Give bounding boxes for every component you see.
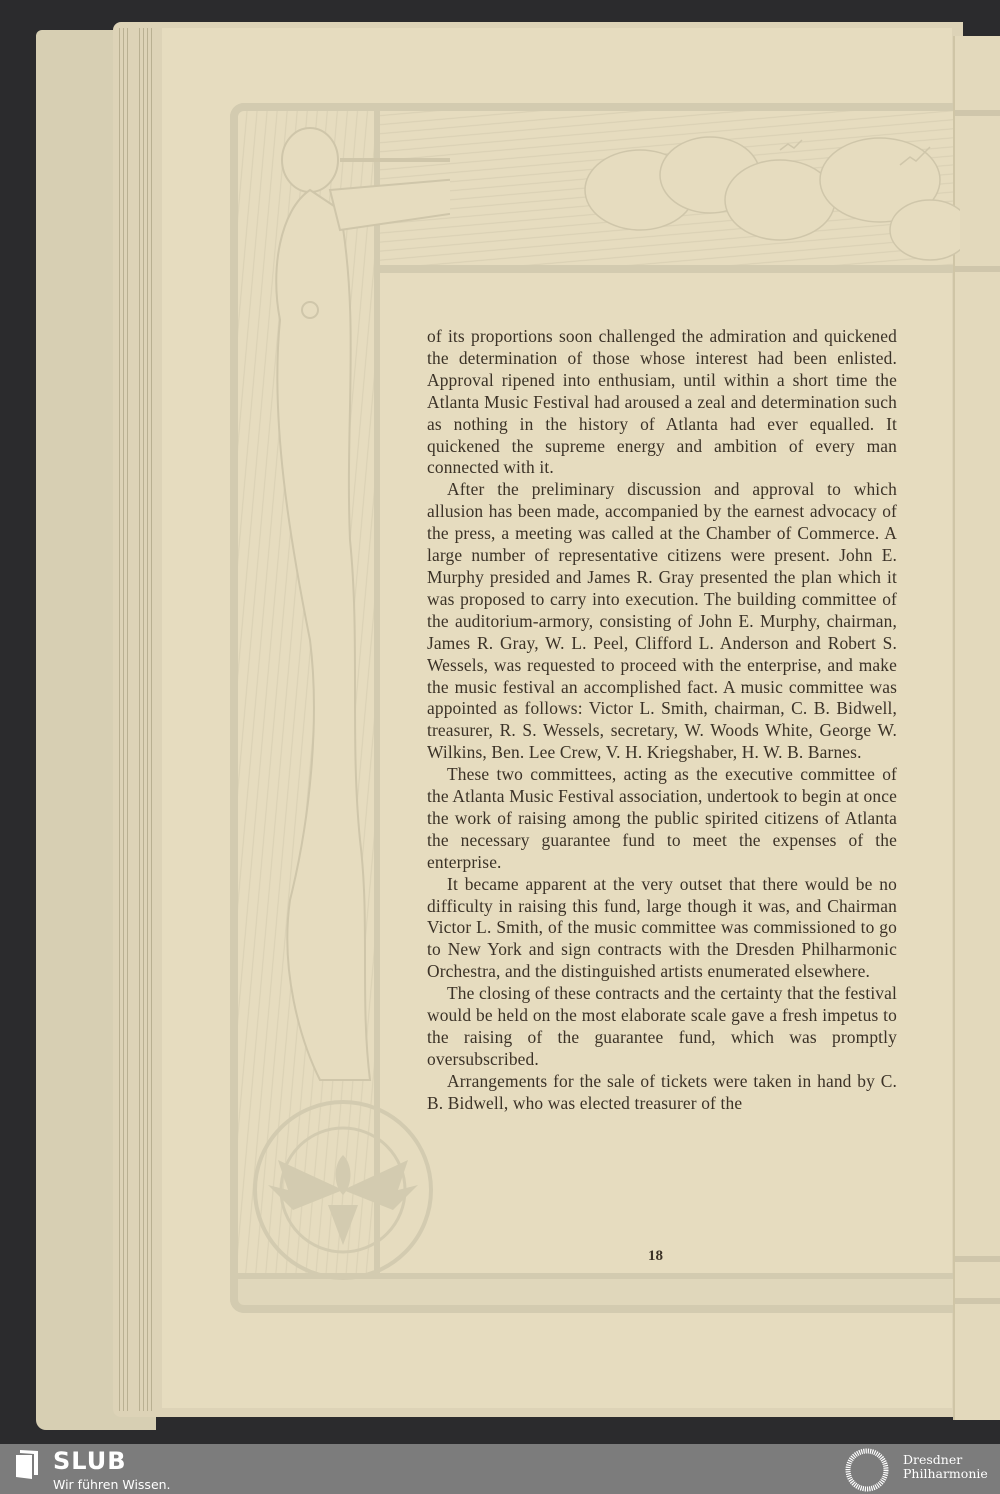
slub-logo[interactable]: SLUB: [53, 1447, 127, 1475]
logo-line-1: Dresdner: [903, 1453, 988, 1467]
footer-bar: SLUB Wir führen Wissen. Dresdner Philhar…: [0, 1444, 1000, 1494]
page-edge: [127, 28, 128, 1411]
body-text: of its proportions soon challenged the a…: [427, 326, 897, 1115]
paragraph: The closing of these contracts and the c…: [427, 983, 897, 1071]
dresdner-philharmonie-logo[interactable]: Dresdner Philharmonie: [903, 1453, 988, 1481]
slub-tagline: Wir führen Wissen.: [53, 1477, 171, 1492]
clouds-and-birds-icon: [580, 120, 960, 270]
paragraph: Arrangements for the sale of tickets wer…: [427, 1071, 897, 1115]
paragraph: of its proportions soon challenged the a…: [427, 326, 897, 479]
woman-blowing-trumpet-icon: [250, 120, 450, 1100]
page-number: 18: [648, 1248, 663, 1265]
atlanta-resurgens-seal-icon: [248, 1095, 438, 1285]
page-edge: [123, 28, 124, 1411]
page-edge: [151, 28, 152, 1411]
logo-line-2: Philharmonie: [903, 1467, 988, 1481]
slub-book-icon[interactable]: [14, 1449, 40, 1479]
page-edge: [119, 28, 120, 1411]
dresdner-philharmonie-sunburst-icon[interactable]: [841, 1448, 893, 1492]
paragraph: It became apparent at the very outset th…: [427, 874, 897, 984]
page-edge: [139, 28, 140, 1411]
paragraph: After the preliminary discussion and app…: [427, 479, 897, 764]
scanned-book-page: of its proportions soon challenged the a…: [0, 0, 1000, 1444]
page-edge: [147, 28, 148, 1411]
page-edge: [143, 28, 144, 1411]
paragraph: These two committees, acting as the exec…: [427, 764, 897, 874]
